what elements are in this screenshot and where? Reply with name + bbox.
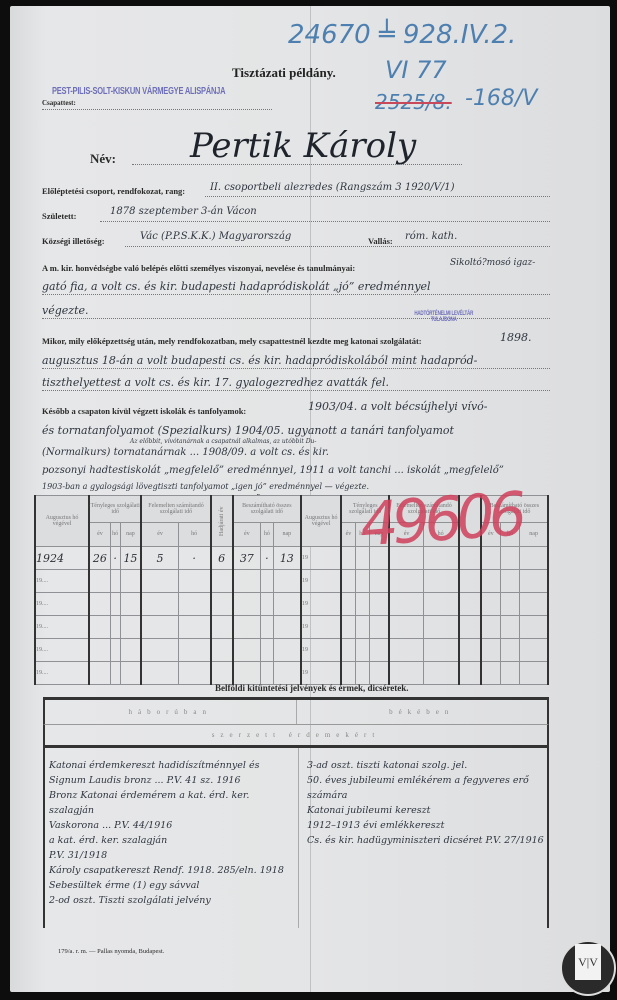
header-campaign: Hadjárati év xyxy=(211,496,233,547)
rank-label: Előléptetési csoport, rendfokozat, rang: xyxy=(42,186,185,196)
empty-cell xyxy=(341,616,355,639)
born-value: 1878 szeptember 3-án Vácon xyxy=(110,206,257,217)
row-inc-ev: 5 xyxy=(141,547,178,570)
csapattest-line xyxy=(42,109,272,110)
empty-cell xyxy=(520,593,548,616)
residence-label: Községi illetőség: xyxy=(42,236,105,246)
row-tot-nap xyxy=(273,570,301,593)
honor-entry: Katonai érdemkereszt hadidíszítménnyel é… xyxy=(49,758,294,773)
service-start-value: 1898. xyxy=(500,331,532,344)
service-start-line xyxy=(42,390,550,391)
row-inc-ho xyxy=(178,662,210,685)
row-act-ev xyxy=(89,639,110,662)
religion-value: róm. kath. xyxy=(405,231,457,242)
row-tot-ev xyxy=(233,570,261,593)
row-tot-ev: 37 xyxy=(233,547,261,570)
row-tot-nap xyxy=(273,639,301,662)
empty-cell xyxy=(423,616,458,639)
honors-war-header: háborúban xyxy=(45,700,297,724)
csapattest-label: Csapattest: xyxy=(42,99,76,107)
row-inc-ho xyxy=(178,616,210,639)
subheader-nap: nap xyxy=(520,522,548,546)
service-start-value: augusztus 18-án a volt budapesti cs. és … xyxy=(42,354,477,367)
row-camp xyxy=(211,616,233,639)
row-act-ev: 26 xyxy=(89,547,110,570)
row-tot-ev xyxy=(233,616,261,639)
rank-value: II. csoportbeli alezredes (Rangszám 3 19… xyxy=(210,182,455,193)
empty-cell xyxy=(520,662,548,685)
background-label: A m. kir. honvédségbe való belépés előtt… xyxy=(42,263,355,273)
service-row: 19....19 xyxy=(35,639,548,662)
empty-cell xyxy=(459,639,481,662)
archive-seal-logo: V|V xyxy=(575,944,601,980)
row-act-ev xyxy=(89,616,110,639)
honor-entry: P.V. 31/1918 xyxy=(49,848,294,863)
row-inc-ho: · xyxy=(178,547,210,570)
row-act-ev xyxy=(89,662,110,685)
empty-cell xyxy=(423,639,458,662)
empty-cell xyxy=(500,570,519,593)
archive-seal: V|V xyxy=(560,940,616,996)
subheader-ho: hó xyxy=(178,522,210,546)
archive-ownership-stamp: HADTÖRTÉNELMI LEVÉLTÁR TULAJDONA xyxy=(410,311,478,323)
row-act-ho xyxy=(110,616,120,639)
schools-value: 1903-ban a gyalogsági lövegtiszti tanfol… xyxy=(42,482,369,491)
honors-section: háborúban békében szerzett érdemekért Ka… xyxy=(43,697,549,928)
empty-cell xyxy=(500,662,519,685)
service-start-label: Mikor, mily előképzettség után, mely ren… xyxy=(42,336,422,346)
red-registration-stamp: 49606 xyxy=(358,479,523,560)
empty-cell xyxy=(389,616,423,639)
service-row: 19....19 xyxy=(35,662,548,685)
honor-entry: Katonai jubileumi kereszt xyxy=(307,803,547,818)
row-inc-ho xyxy=(178,639,210,662)
empty-cell xyxy=(355,593,369,616)
row-year-2: 19 xyxy=(301,570,341,593)
empty-cell xyxy=(520,639,548,662)
honors-title: Belföldi kitüntetési jelvények és érmek,… xyxy=(215,683,409,693)
row-tot-ho: · xyxy=(261,547,274,570)
row-act-ho xyxy=(110,662,120,685)
row-inc-ev xyxy=(141,616,178,639)
row-camp xyxy=(211,570,233,593)
subheader-nap: nap xyxy=(273,522,301,546)
subheader-ev: év xyxy=(233,522,261,546)
row-act-ho: · xyxy=(110,547,120,570)
row-act-nap xyxy=(120,593,141,616)
honors-peace-header: békében xyxy=(297,700,548,724)
subheader-ev: év xyxy=(141,522,178,546)
honor-entry: Bronz Katonai érdemérem a kat. érd. ker.… xyxy=(49,788,294,818)
empty-cell xyxy=(481,662,501,685)
empty-cell xyxy=(423,662,458,685)
row-inc-ev xyxy=(141,639,178,662)
row-year: 19.... xyxy=(35,616,89,639)
service-row: 19....19 xyxy=(35,593,548,616)
residence-value: Vác (P.P.S.K.K.) Magyarország xyxy=(140,231,291,242)
row-act-ho xyxy=(110,639,120,662)
row-act-nap xyxy=(120,639,141,662)
struck-number-annotation: 2525/8. xyxy=(375,90,452,114)
service-start-line xyxy=(42,368,550,369)
row-tot-ho xyxy=(261,593,274,616)
row-tot-nap: 13 xyxy=(273,547,301,570)
honors-divider xyxy=(298,748,299,928)
honor-entry: Sebesültek érme (1) egy sávval xyxy=(49,878,294,893)
empty-cell xyxy=(520,570,548,593)
archive-number-annotation: 24670 ╧ 928.IV.2. xyxy=(288,20,516,50)
row-tot-ev xyxy=(233,662,261,685)
peace-honors-list: 3-ad oszt. tiszti katonai szolg. jel.50.… xyxy=(307,758,547,848)
subheader-ev: év xyxy=(341,522,355,546)
row-year: 19.... xyxy=(35,570,89,593)
schools-value: pozsonyi hadtestiskolát „megfelelő” ered… xyxy=(42,465,504,476)
empty-cell xyxy=(341,662,355,685)
honor-entry: Signum Laudis bronz ... P.V. 41 sz. 1916 xyxy=(49,773,294,788)
empty-cell xyxy=(423,593,458,616)
row-tot-ev xyxy=(233,593,261,616)
empty-cell xyxy=(355,639,369,662)
religion-label: Vallás: xyxy=(368,236,393,246)
row-tot-ho xyxy=(261,616,274,639)
empty-cell xyxy=(389,639,423,662)
name-line xyxy=(132,164,462,165)
row-inc-ho xyxy=(178,570,210,593)
row-act-ho xyxy=(110,570,120,593)
row-act-nap: 15 xyxy=(120,547,141,570)
empty-cell xyxy=(389,570,423,593)
empty-cell xyxy=(500,616,519,639)
schools-label: Később a csapaton kívül végzett iskolák … xyxy=(42,406,246,416)
header-increased: Felemelten számítandó szolgálati idő xyxy=(141,496,210,523)
file-number-annotation: VI 77 xyxy=(385,56,447,84)
empty-cell xyxy=(341,570,355,593)
row-tot-nap xyxy=(273,593,301,616)
empty-cell xyxy=(423,570,458,593)
empty-cell xyxy=(459,570,481,593)
war-honors-list: Katonai érdemkereszt hadidíszítménnyel é… xyxy=(49,758,294,908)
empty-cell xyxy=(389,662,423,685)
row-year-2: 19 xyxy=(301,593,341,616)
schools-value: 1903/04. a volt bécsújhelyi vívó- xyxy=(308,400,488,413)
service-row: 19....19 xyxy=(35,570,548,593)
row-tot-ho xyxy=(261,570,274,593)
empty-cell xyxy=(500,639,519,662)
background-line xyxy=(42,294,550,295)
row-act-ho xyxy=(110,593,120,616)
honor-entry: Cs. és kir. hadügyminiszteri dicséret P.… xyxy=(307,833,547,848)
row-act-nap xyxy=(120,662,141,685)
subheader-ho: hó xyxy=(261,522,274,546)
empty-cell xyxy=(481,639,501,662)
row-act-nap xyxy=(120,570,141,593)
subheader-ev: év xyxy=(89,522,110,546)
honors-merit-header: szerzett érdemekért xyxy=(43,724,549,748)
empty-cell xyxy=(459,662,481,685)
row-tot-nap xyxy=(273,662,301,685)
row-camp xyxy=(211,662,233,685)
header-year: Augusztus hó végével xyxy=(35,496,89,547)
row-act-ev xyxy=(89,593,110,616)
name-value: Pertik Károly xyxy=(190,126,416,166)
row-year-2: 19 xyxy=(301,616,341,639)
residence-line xyxy=(125,246,550,247)
rank-line xyxy=(205,196,550,197)
new-number-annotation: -168/V xyxy=(465,86,537,111)
document-title: Tisztázati példány. xyxy=(232,65,336,81)
born-label: Született: xyxy=(42,211,76,221)
empty-cell xyxy=(481,616,501,639)
row-year: 19.... xyxy=(35,662,89,685)
background-value: gató fia, a volt cs. és kir. budapesti h… xyxy=(42,280,431,293)
row-inc-ev xyxy=(141,662,178,685)
empty-cell xyxy=(369,616,389,639)
empty-cell xyxy=(459,593,481,616)
name-label: Név: xyxy=(90,151,116,167)
subheader-ho: hó xyxy=(110,522,120,546)
empty-cell xyxy=(481,570,501,593)
empty-cell xyxy=(341,593,355,616)
row-tot-ev xyxy=(233,639,261,662)
honor-entry: 1912–1913 évi emlékkereszt xyxy=(307,818,547,833)
empty-cell xyxy=(520,547,548,570)
row-camp: 6 xyxy=(211,547,233,570)
header-total: Beszámítható összes szolgálati idő xyxy=(233,496,301,523)
empty-cell xyxy=(369,570,389,593)
county-stamp: PEST-PILIS-SOLT-KISKUN VÁRMEGYE ALISPÁNJ… xyxy=(52,86,225,97)
background-value: Sikoltó?mosó igaz- xyxy=(450,258,535,268)
row-year: 1924 xyxy=(35,547,89,570)
service-row: 19....19 xyxy=(35,616,548,639)
born-line xyxy=(100,221,550,222)
empty-cell xyxy=(481,593,501,616)
service-start-value: tiszthelyettest a volt cs. és kir. 17. g… xyxy=(42,376,389,389)
row-year-2: 19 xyxy=(301,662,341,685)
row-inc-ev xyxy=(141,593,178,616)
empty-cell xyxy=(369,639,389,662)
empty-cell xyxy=(341,547,355,570)
background-value: végezte. xyxy=(42,304,89,317)
empty-cell xyxy=(341,639,355,662)
honor-entry: a kat. érd. ker. szalagján xyxy=(49,833,294,848)
row-tot-ho xyxy=(261,662,274,685)
header-actual: Tényleges szolgálati idő xyxy=(89,496,141,523)
subheader-nap: nap xyxy=(120,522,141,546)
schools-value: és tornatanfolyamot (Spezialkurs) 1904/0… xyxy=(42,424,454,437)
row-tot-ho xyxy=(261,639,274,662)
honor-entry: 3-ad oszt. tiszti katonai szolg. jel. xyxy=(307,758,547,773)
row-camp xyxy=(211,639,233,662)
honors-body: Katonai érdemkereszt hadidíszítménnyel é… xyxy=(43,748,549,928)
schools-value: Az előbbit, vívótanárnak a csapatnál alk… xyxy=(130,438,316,445)
empty-cell xyxy=(389,593,423,616)
empty-cell xyxy=(500,593,519,616)
row-inc-ev xyxy=(141,570,178,593)
row-camp xyxy=(211,593,233,616)
row-year: 19.... xyxy=(35,593,89,616)
honor-entry: Vaskorona ... P.V. 44/1916 xyxy=(49,818,294,833)
empty-cell xyxy=(355,616,369,639)
honor-entry: Károly csapatkereszt Rendf. 1918. 285/el… xyxy=(49,863,294,878)
row-act-nap xyxy=(120,616,141,639)
row-year-2: 19 xyxy=(301,639,341,662)
printer-imprint: 179/a. r. m. — Pallas nyomda, Budapest. xyxy=(58,948,164,955)
empty-cell xyxy=(355,570,369,593)
row-year: 19.... xyxy=(35,639,89,662)
row-year-2: 19 xyxy=(301,547,341,570)
empty-cell xyxy=(369,662,389,685)
header-year-2: Augusztus hó végével xyxy=(301,496,341,547)
row-act-ev xyxy=(89,570,110,593)
row-inc-ho xyxy=(178,593,210,616)
empty-cell xyxy=(459,616,481,639)
empty-cell xyxy=(520,616,548,639)
row-tot-nap xyxy=(273,616,301,639)
honor-entry: 2-od oszt. Tiszti szolgálati jelvény xyxy=(49,893,294,908)
schools-value: (Normalkurs) tornatanárnak ... 1908/09. … xyxy=(42,447,329,458)
honor-entry: 50. éves jubileumi emlékérem a fegyveres… xyxy=(307,773,547,803)
empty-cell xyxy=(355,662,369,685)
empty-cell xyxy=(369,593,389,616)
